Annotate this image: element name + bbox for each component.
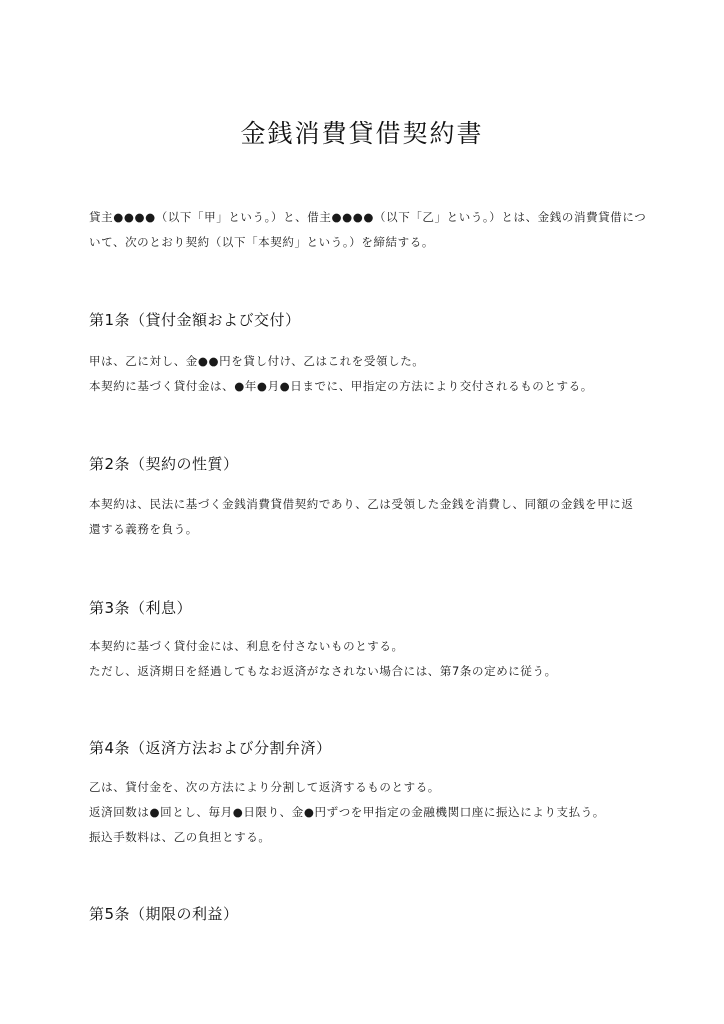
article-2-body: 本契約は、民法に基づく金銭消費貸借契約であり、乙は受領した金銭を消費し、同額の金…: [89, 492, 649, 542]
intro-line: いて、次のとおり契約（以下「本契約」という。）を締結する。: [89, 230, 649, 255]
article-4-body: 乙は、貸付金を、次の方法により分割して返済するものとする。 返済回数は●回とし、…: [89, 775, 649, 850]
article-line: ただし、返済期日を経過してもなお返済がなされない場合には、第7条の定めに従う。: [89, 659, 649, 684]
article-line: 本契約に基づく貸付金には、利息を付さないものとする。: [89, 634, 649, 659]
article-line: 甲は、乙に対し、金●●円を貸し付け、乙はこれを受領した。: [89, 349, 649, 374]
article-5-heading: 第5条（期限の利益）: [89, 903, 239, 925]
article-3-heading: 第3条（利息）: [89, 597, 192, 619]
document-title: 金銭消費貸借契約書: [0, 116, 724, 152]
article-line: 振込手数料は、乙の負担とする。: [89, 825, 649, 850]
article-1-body: 甲は、乙に対し、金●●円を貸し付け、乙はこれを受領した。 本契約に基づく貸付金は…: [89, 349, 649, 399]
article-2-heading: 第2条（契約の性質）: [89, 453, 239, 475]
article-line: 本契約は、民法に基づく金銭消費貸借契約であり、乙は受領した金銭を消費し、同額の金…: [89, 492, 649, 517]
article-line: 本契約に基づく貸付金は、●年●月●日までに、甲指定の方法により交付されるものとす…: [89, 374, 649, 399]
document-page: 金銭消費貸借契約書 貸主●●●●（以下「甲」という。）と、借主●●●●（以下「乙…: [0, 0, 724, 1024]
article-line: 乙は、貸付金を、次の方法により分割して返済するものとする。: [89, 775, 649, 800]
article-line: 還する義務を負う。: [89, 517, 649, 542]
article-4-heading: 第4条（返済方法および分割弁済）: [89, 737, 332, 759]
intro-line: 貸主●●●●（以下「甲」という。）と、借主●●●●（以下「乙」という。）とは、金…: [89, 205, 649, 230]
article-line: 返済回数は●回とし、毎月●日限り、金●円ずつを甲指定の金融機関口座に振込により支…: [89, 800, 649, 825]
article-3-body: 本契約に基づく貸付金には、利息を付さないものとする。 ただし、返済期日を経過して…: [89, 634, 649, 684]
article-1-heading: 第1条（貸付金額および交付）: [89, 309, 301, 331]
intro-paragraph: 貸主●●●●（以下「甲」という。）と、借主●●●●（以下「乙」という。）とは、金…: [89, 205, 649, 255]
